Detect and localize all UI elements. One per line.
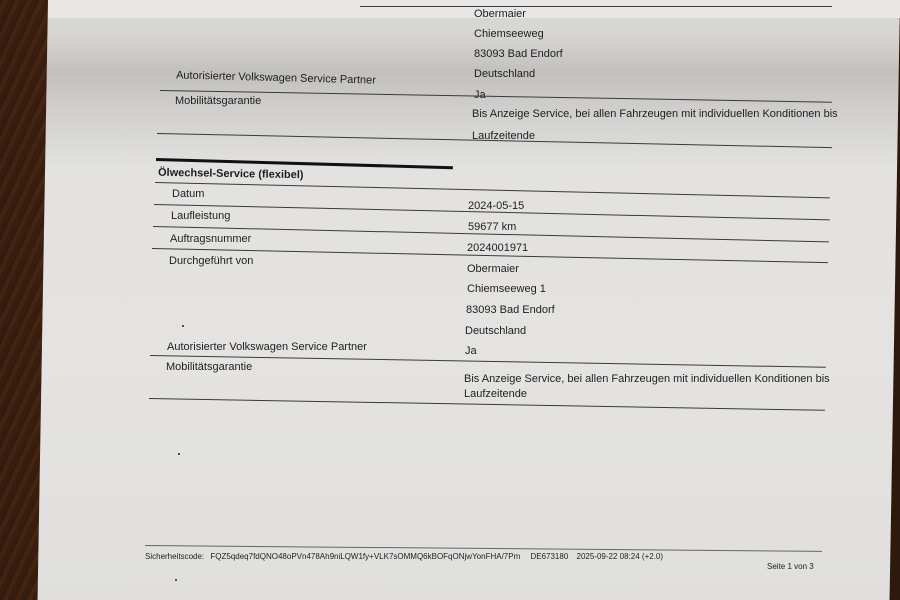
ink-speck [182,325,184,327]
row-divider [155,182,830,198]
ink-speck [178,453,180,455]
security-code-footer: Sicherheitscode: FQZ5qdeq7fdQNO48oPVn478… [145,552,663,561]
document-content: Obermaier Chiemseeweg 83093 Bad Endorf D… [0,0,900,600]
prev-mobility-label: Mobilitätsgarantie [175,95,261,107]
section-title: Ölwechsel-Service (flexibel) [158,167,304,182]
order-number-value: 2024001971 [467,242,528,254]
footer-divider [145,545,822,552]
prev-address-line-2: Chiemseeweg [474,28,544,40]
performed-by-label: Durchgeführt von [169,255,253,267]
mileage-value: 59677 km [468,221,516,233]
address-line-2: Chiemseeweg 1 [467,283,546,295]
row-divider [360,6,832,7]
prev-mobility-value-1: Bis Anzeige Service, bei allen Fahrzeuge… [472,108,838,120]
security-code-label: Sicherheitscode: [145,552,204,561]
security-code-value: FQZ5qdeq7fdQNO48oPVn478Ah9niLQW1fy+VLK7s… [210,552,520,561]
partner-label: Autorisierter Volkswagen Service Partner [167,341,367,353]
prev-partner-label: Autorisierter Volkswagen Service Partner [176,69,376,86]
address-line-4: Deutschland [465,325,526,337]
address-line-3: 83093 Bad Endorf [466,304,555,316]
ink-speck [175,579,177,581]
mobility-value-1: Bis Anzeige Service, bei allen Fahrzeuge… [464,373,830,385]
page-number: Seite 1 von 3 [767,562,814,571]
prev-address-line-1: Obermaier [474,8,526,20]
print-timestamp: 2025-09-22 08:24 (+2.0) [577,552,664,561]
date-label: Datum [172,188,204,200]
prev-address-line-4: Deutschland [474,68,535,80]
mileage-label: Laufleistung [171,210,230,222]
mobility-value-2: Laufzeitende [464,388,527,400]
date-value: 2024-05-15 [468,200,524,212]
order-number-label: Auftragsnummer [170,233,251,245]
prev-address-line-3: 83093 Bad Endorf [474,48,563,60]
document-id: DE673180 [530,552,568,561]
mobility-label: Mobilitätsgarantie [166,361,252,373]
partner-value: Ja [465,345,477,357]
address-line-1: Obermaier [467,263,519,275]
